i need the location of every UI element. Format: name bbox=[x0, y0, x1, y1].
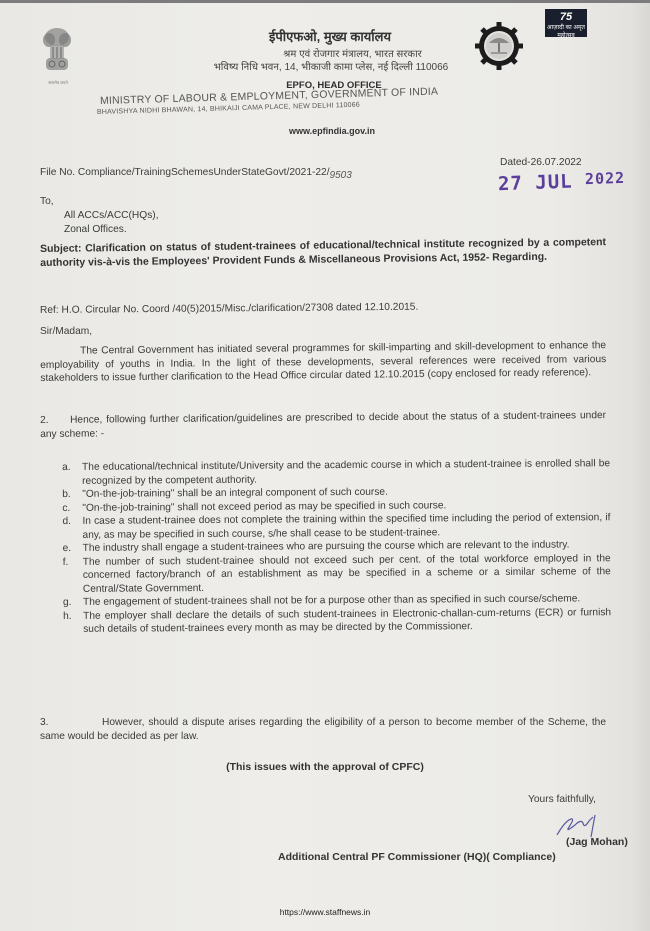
azadi-logo-subtitle: आज़ादी का अमृत महोत्सव bbox=[547, 25, 585, 37]
list-item-text: The educational/technical institute/Univ… bbox=[82, 458, 610, 486]
list-marker: d. bbox=[62, 515, 71, 529]
epfo-gear-logo-icon bbox=[474, 21, 524, 71]
received-date-stamp: 27 JUL 2022 bbox=[498, 169, 626, 195]
list-marker: c. bbox=[62, 501, 70, 515]
file-number-text: File No. Compliance/TrainingSchemesUnder… bbox=[40, 167, 330, 178]
stamp-date: 27 JUL bbox=[498, 171, 573, 196]
paragraph-2-text: Hence, following further clarification/g… bbox=[40, 410, 606, 439]
list-marker: h. bbox=[63, 609, 72, 623]
paragraph-3-text: However, should a dispute arises regardi… bbox=[40, 717, 606, 742]
paragraph-3: 3.However, should a dispute arises regar… bbox=[40, 716, 606, 743]
list-item-text: The employer shall declare the details o… bbox=[83, 607, 611, 635]
list-item: a.The educational/technical institute/Un… bbox=[62, 457, 610, 488]
closing: Yours faithfully, bbox=[528, 793, 596, 807]
letter-date: Dated-26.07.2022 bbox=[500, 156, 582, 170]
signatory-designation: Additional Central PF Commissioner (HQ)(… bbox=[278, 851, 556, 863]
list-marker: f. bbox=[63, 555, 69, 569]
signatory-name: (Jag Mohan) bbox=[566, 836, 628, 848]
recipient-line: Zonal Offices. bbox=[64, 223, 127, 237]
header-hindi-address: भविष्य निधि भवन, 14, भीकाजी कामा प्लेस, … bbox=[0, 59, 650, 73]
stamp-year: 2022 bbox=[585, 169, 626, 188]
paragraph-2-number: 2. bbox=[40, 414, 70, 428]
list-item: f.The number of such student-trainee sho… bbox=[63, 552, 611, 596]
recipient-line: All ACCs/ACC(HQs), bbox=[64, 209, 159, 223]
list-item: d.In case a student-trainee does not com… bbox=[62, 511, 610, 542]
list-item: h.The employer shall declare the details… bbox=[63, 606, 611, 637]
list-item-text: The number of such student-trainee shoul… bbox=[83, 553, 611, 595]
paragraph-1: The Central Government has initiated sev… bbox=[40, 339, 606, 385]
list-item-text: "On-the-job-training" shall be an integr… bbox=[82, 487, 388, 500]
letter-page: सत्यमेव जयते ईपीएफओ, मुख्य कार्यालय श्रम… bbox=[0, 3, 650, 931]
list-marker: g. bbox=[63, 596, 72, 610]
file-number: File No. Compliance/TrainingSchemesUnder… bbox=[40, 166, 352, 180]
paragraph-2: 2.Hence, following further clarification… bbox=[40, 409, 606, 441]
reference-line: Ref: H.O. Circular No. Coord /40(5)2015/… bbox=[40, 301, 418, 318]
list-item-text: "On-the-job-training" shall not exceed p… bbox=[82, 500, 446, 514]
footer-url[interactable]: https://www.staffnews.in bbox=[0, 907, 650, 917]
header-website: www.epfindia.gov.in bbox=[0, 126, 650, 136]
list-item-text: In case a student-trainee does not compl… bbox=[82, 512, 610, 540]
guidelines-list: a.The educational/technical institute/Un… bbox=[62, 457, 611, 636]
azadi-logo-number: 75 bbox=[545, 11, 587, 23]
file-number-handwritten: 9503 bbox=[330, 170, 352, 181]
subject-line: Subject: Clarification on status of stud… bbox=[40, 236, 606, 270]
header-hindi-ministry: श्रम एवं रोजगार मंत्रालय, भारत सरकार bbox=[0, 46, 650, 60]
azadi-ka-amrit-mahotsav-logo-icon: 75 आज़ादी का अमृत महोत्सव bbox=[545, 9, 587, 37]
salutation: Sir/Madam, bbox=[40, 325, 92, 339]
list-marker: b. bbox=[62, 488, 71, 502]
paragraph-3-number: 3. bbox=[40, 716, 102, 730]
to-label: To, bbox=[40, 195, 54, 209]
approval-note: (This issues with the approval of CPFC) bbox=[0, 761, 650, 773]
list-marker: e. bbox=[63, 542, 72, 556]
list-marker: a. bbox=[62, 461, 71, 475]
